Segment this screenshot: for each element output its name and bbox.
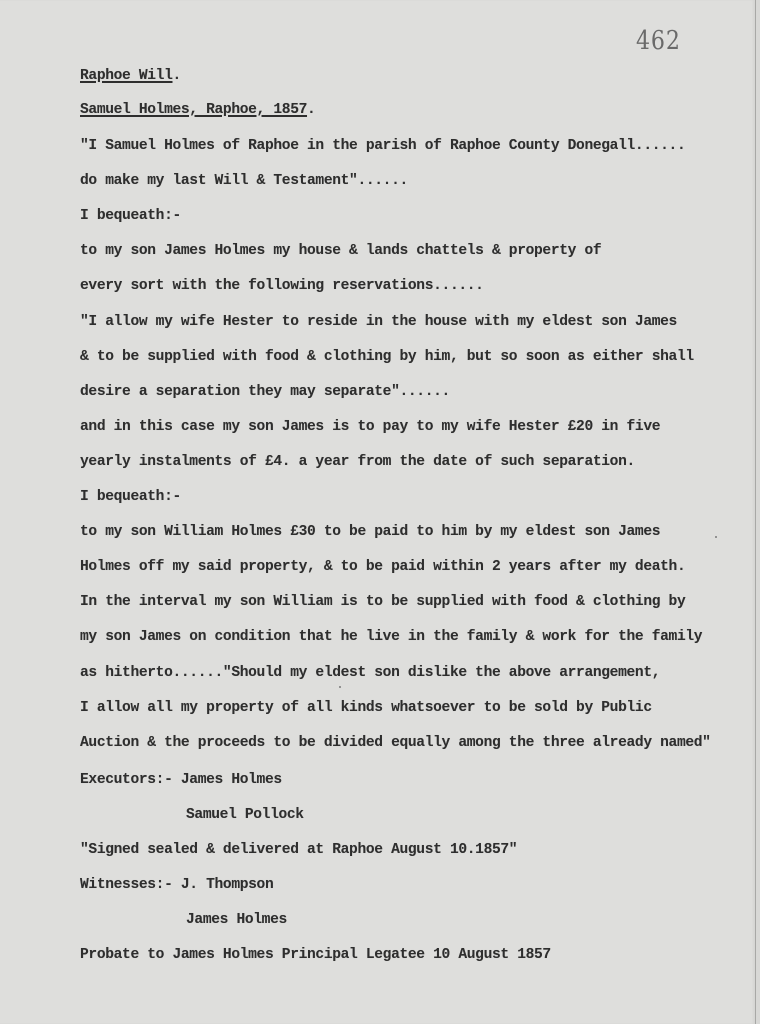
body-line: do make my last Will & Testament"...... <box>80 173 408 189</box>
body-line: I bequeath:- <box>80 489 181 505</box>
document-title-suffix: . <box>173 68 181 84</box>
stray-mark <box>339 686 341 688</box>
document-subtitle-text: Samuel Holmes, Raphoe, 1857 <box>80 102 307 118</box>
page-number: 462 <box>636 26 681 56</box>
body-line: to my son William Holmes £30 to be paid … <box>80 524 660 540</box>
body-line: to my son James Holmes my house & lands … <box>80 243 601 259</box>
body-line: I allow all my property of all kinds wha… <box>80 700 652 716</box>
body-line: yearly instalments of £4. a year from th… <box>80 454 635 470</box>
body-line: and in this case my son James is to pay … <box>80 419 660 435</box>
executors-line: Executors:- James Holmes <box>80 772 282 788</box>
document-subtitle-suffix: . <box>307 102 315 118</box>
body-line: I bequeath:- <box>80 208 181 224</box>
document-page: 462 Raphoe Will. Samuel Holmes, Raphoe, … <box>0 0 756 1024</box>
document-subtitle: Samuel Holmes, Raphoe, 1857. <box>80 102 315 118</box>
body-line: "I Samuel Holmes of Raphoe in the parish… <box>80 138 685 154</box>
body-line: desire a separation they may separate"..… <box>80 384 450 400</box>
body-line: & to be supplied with food & clothing by… <box>80 349 694 365</box>
executor-second: Samuel Pollock <box>186 807 304 823</box>
body-line: every sort with the following reservatio… <box>80 278 484 294</box>
body-line: Holmes off my said property, & to be pai… <box>80 559 685 575</box>
probate-line: Probate to James Holmes Principal Legate… <box>80 947 551 963</box>
body-line: as hitherto......"Should my eldest son d… <box>80 665 660 681</box>
body-line: In the interval my son William is to be … <box>80 594 685 610</box>
stray-mark <box>715 536 717 538</box>
witness-second: James Holmes <box>186 912 287 928</box>
witnesses-line: Witnesses:- J. Thompson <box>80 877 273 893</box>
document-title-text: Raphoe Will <box>80 68 173 84</box>
document-title: Raphoe Will. <box>80 68 181 84</box>
body-line: my son James on condition that he live i… <box>80 629 702 645</box>
body-line: Auction & the proceeds to be divided equ… <box>80 735 711 751</box>
signed-line: "Signed sealed & delivered at Raphoe Aug… <box>80 842 517 858</box>
body-line: "I allow my wife Hester to reside in the… <box>80 314 677 330</box>
